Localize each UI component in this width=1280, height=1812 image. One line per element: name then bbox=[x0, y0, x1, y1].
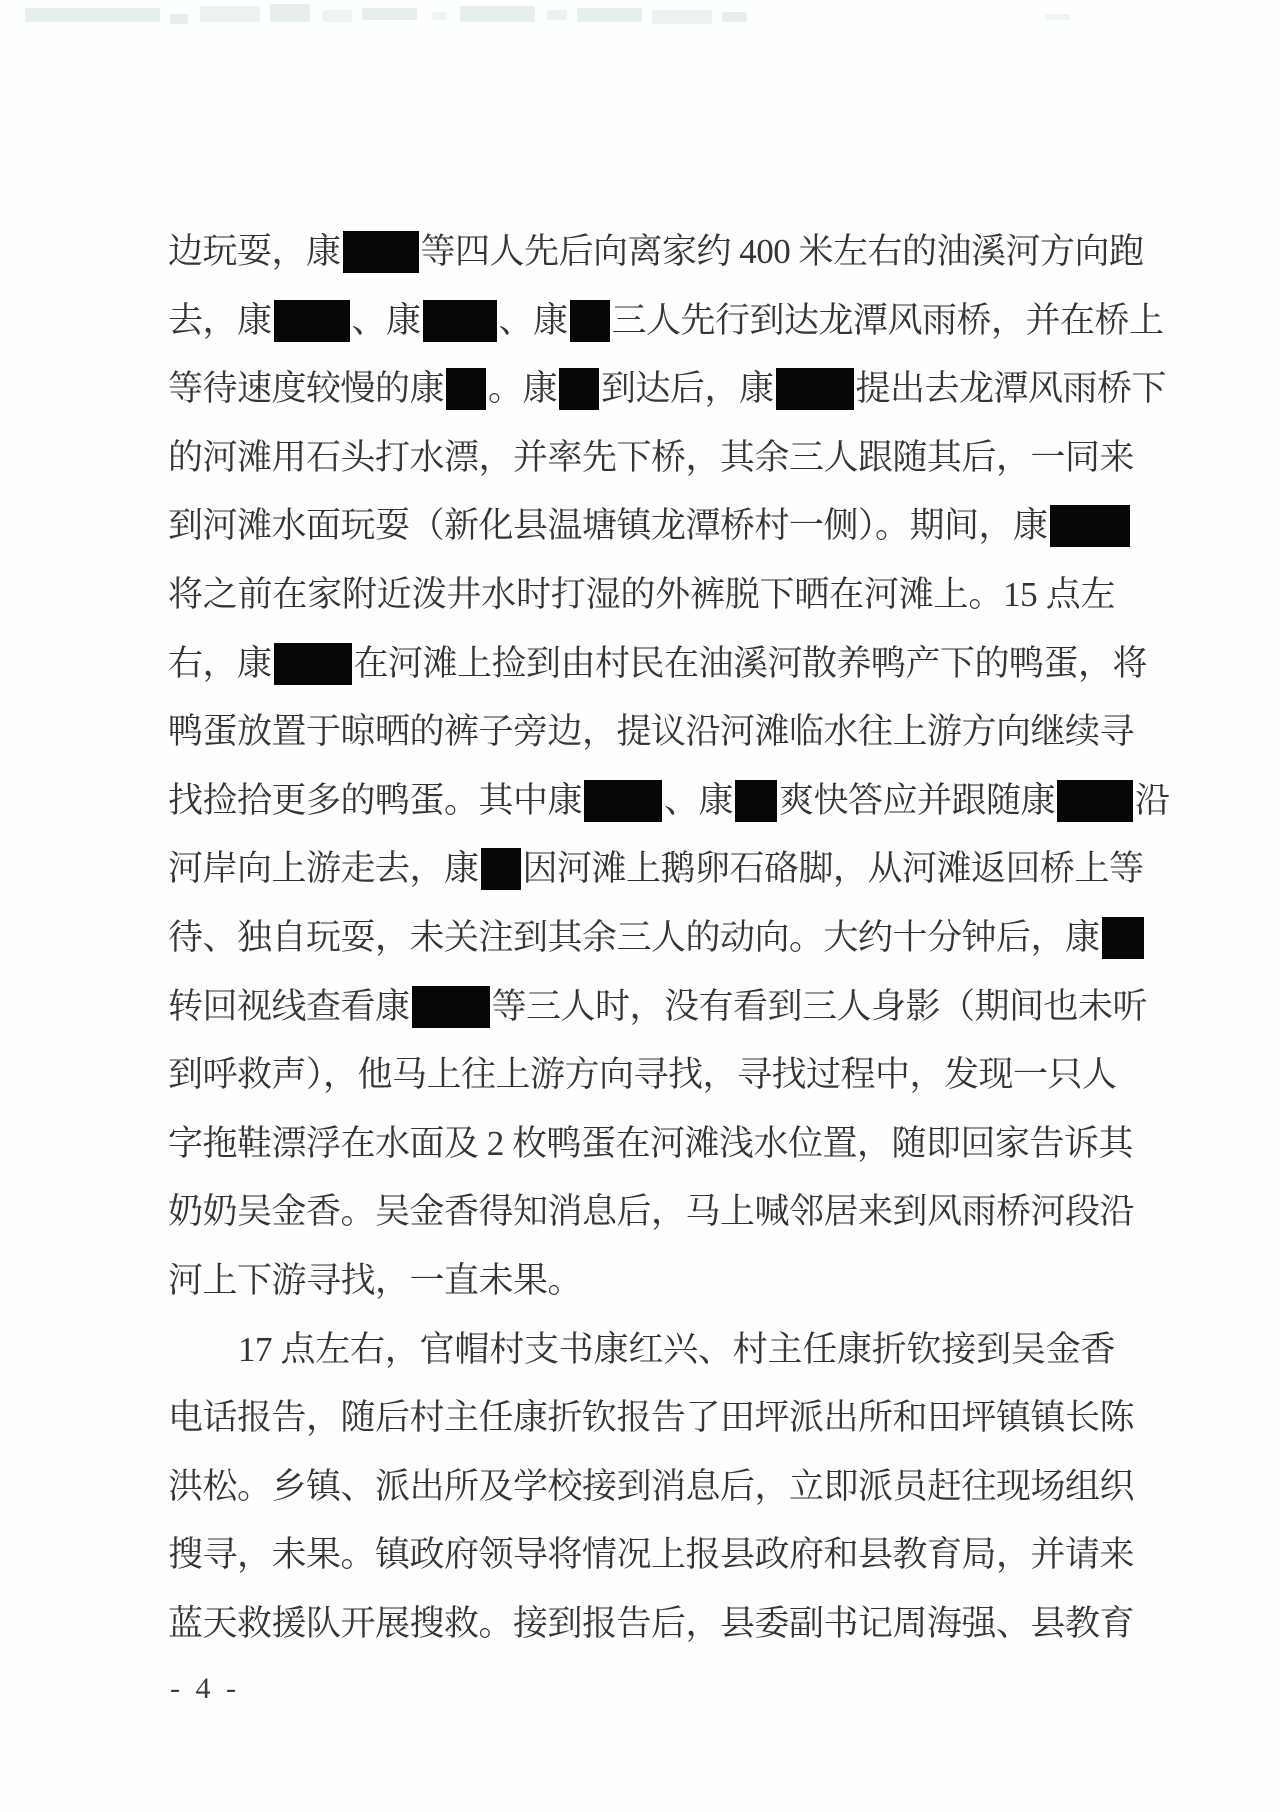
text-line: 17 点左右，官帽村支书康红兴、村主任康折钦接到吴金香 bbox=[168, 1316, 1115, 1385]
text-segment: 待、独自玩耍，未关注到其余三人的动向。大约十分钟后，康 bbox=[168, 918, 1100, 957]
text-line: 奶奶吴金香。吴金香得知消息后，马上喊邻居来到风雨桥河段沿 bbox=[168, 1178, 1115, 1247]
text-line: 右，康在河滩上捡到由村民在油溪河散养鸭产下的鸭蛋，将 bbox=[168, 630, 1115, 699]
text-line: 到河滩水面玩耍（新化县温塘镇龙潭桥村一侧）。期间，康 bbox=[168, 492, 1115, 561]
text-line: 边玩耍，康等四人先后向离家约 400 米左右的油溪河方向跑 bbox=[168, 218, 1115, 287]
scan-smudge bbox=[432, 12, 447, 20]
text-line: 电话报告，随后村主任康折钦报告了田坪派出所和田坪镇镇长陈 bbox=[168, 1384, 1115, 1453]
redaction-box bbox=[481, 848, 521, 890]
redaction-box bbox=[735, 780, 777, 822]
scan-smudge bbox=[1045, 14, 1070, 20]
text-segment: 在河滩上捡到由村民在油溪河散养鸭产下的鸭蛋，将 bbox=[354, 644, 1148, 683]
text-segment: 到达后，康 bbox=[601, 369, 774, 408]
redaction-box bbox=[559, 368, 599, 410]
scan-smudge bbox=[652, 10, 712, 24]
scan-smudge bbox=[460, 6, 535, 22]
document-page: 边玩耍，康等四人先后向离家约 400 米左右的油溪河方向跑去，康、康、康三人先行… bbox=[0, 0, 1280, 1812]
text-segment: 。康 bbox=[488, 369, 557, 408]
text-segment: 爽快答应并跟随康 bbox=[779, 781, 1055, 820]
scan-smudge bbox=[722, 12, 747, 22]
scan-smudge bbox=[322, 10, 352, 22]
text-line: 河岸向上游走去，康因河滩上鹅卵石硌脚，从河滩返回桥上等 bbox=[168, 835, 1115, 904]
text-segment: 、康 bbox=[664, 781, 733, 820]
redaction-box bbox=[1057, 780, 1133, 822]
text-segment: 将之前在家附近泼井水时打湿的外裤脱下晒在河滩上。15 点左 bbox=[168, 575, 1115, 614]
text-segment: 的河滩用石头打水漂，并率先下桥，其余三人跟随其后，一同来 bbox=[168, 438, 1134, 477]
text-line: 待、独自玩耍，未关注到其余三人的动向。大约十分钟后，康 bbox=[168, 904, 1115, 973]
page-number: - 4 - bbox=[170, 1672, 240, 1706]
text-line: 鸭蛋放置于晾晒的裤子旁边，提议沿河滩临水往上游方向继续寻 bbox=[168, 698, 1115, 767]
redaction-box bbox=[1102, 917, 1144, 959]
text-segment: 电话报告，随后村主任康折钦报告了田坪派出所和田坪镇镇长陈 bbox=[168, 1398, 1134, 1437]
text-line: 蓝天救援队开展搜救。接到报告后，县委副书记周海强、县教育 bbox=[168, 1590, 1115, 1659]
redaction-box bbox=[1050, 505, 1130, 547]
redaction-box bbox=[776, 368, 854, 410]
text-segment: 去，康 bbox=[168, 301, 272, 340]
redaction-box bbox=[343, 231, 419, 273]
text-segment: 到河滩水面玩耍（新化县温塘镇龙潭桥村一侧）。期间，康 bbox=[168, 506, 1048, 545]
text-segment: 洪松。乡镇、派出所及学校接到消息后，立即派员赶往现场组织 bbox=[168, 1467, 1134, 1506]
text-segment: 等四人先后向离家约 400 米左右的油溪河方向跑 bbox=[421, 232, 1144, 271]
text-line: 的河滩用石头打水漂，并率先下桥，其余三人跟随其后，一同来 bbox=[168, 424, 1115, 493]
text-segment: 17 点左右，官帽村支书康红兴、村主任康折钦接到吴金香 bbox=[238, 1330, 1115, 1369]
text-segment: 等待速度较慢的康 bbox=[168, 369, 444, 408]
text-line: 搜寻，未果。镇政府领导将情况上报县政府和县教育局，并请来 bbox=[168, 1521, 1115, 1590]
text-line: 去，康、康、康三人先行到达龙潭风雨桥，并在桥上 bbox=[168, 287, 1115, 356]
scan-smudge bbox=[362, 8, 417, 20]
redaction-box bbox=[274, 643, 352, 685]
text-segment: 搜寻，未果。镇政府领导将情况上报县政府和县教育局，并请来 bbox=[168, 1535, 1134, 1574]
text-line: 等待速度较慢的康。康到达后，康提出去龙潭风雨桥下 bbox=[168, 355, 1115, 424]
text-segment: 蓝天救援队开展搜救。接到报告后，县委副书记周海强、县教育 bbox=[168, 1604, 1134, 1643]
text-segment: 奶奶吴金香。吴金香得知消息后，马上喊邻居来到风雨桥河段沿 bbox=[168, 1192, 1134, 1231]
text-line: 将之前在家附近泼井水时打湿的外裤脱下晒在河滩上。15 点左 bbox=[168, 561, 1115, 630]
text-segment: 字拖鞋漂浮在水面及 2 枚鸭蛋在河滩浅水位置，随即回家告诉其 bbox=[168, 1124, 1133, 1163]
redaction-box bbox=[584, 780, 662, 822]
text-segment: 找捡拾更多的鸭蛋。其中康 bbox=[168, 781, 582, 820]
scan-artifact-marks bbox=[0, 0, 1280, 30]
text-segment: 右，康 bbox=[168, 644, 272, 683]
text-segment: 沿 bbox=[1135, 781, 1170, 820]
scan-smudge bbox=[270, 4, 310, 22]
text-segment: 因河滩上鹅卵石硌脚，从河滩返回桥上等 bbox=[523, 849, 1144, 888]
text-segment: 鸭蛋放置于晾晒的裤子旁边，提议沿河滩临水往上游方向继续寻 bbox=[168, 712, 1134, 751]
text-segment: 提出去龙潭风雨桥下 bbox=[856, 369, 1167, 408]
text-segment: 、康 bbox=[499, 301, 568, 340]
text-segment: 等三人时，没有看到三人身影（期间也未听 bbox=[492, 987, 1148, 1026]
text-segment: 三人先行到达龙潭风雨桥，并在桥上 bbox=[612, 301, 1164, 340]
text-line: 洪松。乡镇、派出所及学校接到消息后，立即派员赶往现场组织 bbox=[168, 1453, 1115, 1522]
text-line: 到呼救声），他马上往上游方向寻找，寻找过程中，发现一只人 bbox=[168, 1041, 1115, 1110]
text-segment: 河上下游寻找，一直未果。 bbox=[168, 1261, 582, 1300]
scan-smudge bbox=[25, 8, 160, 22]
redaction-box bbox=[423, 300, 497, 342]
redaction-box bbox=[412, 986, 490, 1028]
scan-smudge bbox=[200, 6, 260, 22]
text-line: 转回视线查看康等三人时，没有看到三人身影（期间也未听 bbox=[168, 973, 1115, 1042]
text-line: 找捡拾更多的鸭蛋。其中康、康爽快答应并跟随康沿 bbox=[168, 767, 1115, 836]
text-segment: 、康 bbox=[352, 301, 421, 340]
text-line: 河上下游寻找，一直未果。 bbox=[168, 1247, 1115, 1316]
text-segment: 转回视线查看康 bbox=[168, 987, 410, 1026]
text-line: 字拖鞋漂浮在水面及 2 枚鸭蛋在河滩浅水位置，随即回家告诉其 bbox=[168, 1110, 1115, 1179]
scan-smudge bbox=[577, 8, 642, 22]
scan-smudge bbox=[170, 14, 188, 24]
scan-smudge bbox=[547, 10, 567, 20]
text-segment: 到呼救声），他马上往上游方向寻找，寻找过程中，发现一只人 bbox=[168, 1055, 1117, 1094]
text-segment: 河岸向上游走去，康 bbox=[168, 849, 479, 888]
redaction-box bbox=[570, 300, 610, 342]
document-body: 边玩耍，康等四人先后向离家约 400 米左右的油溪河方向跑去，康、康、康三人先行… bbox=[168, 218, 1115, 1658]
redaction-box bbox=[274, 300, 350, 342]
text-segment: 边玩耍，康 bbox=[168, 232, 341, 271]
redaction-box bbox=[446, 368, 486, 410]
